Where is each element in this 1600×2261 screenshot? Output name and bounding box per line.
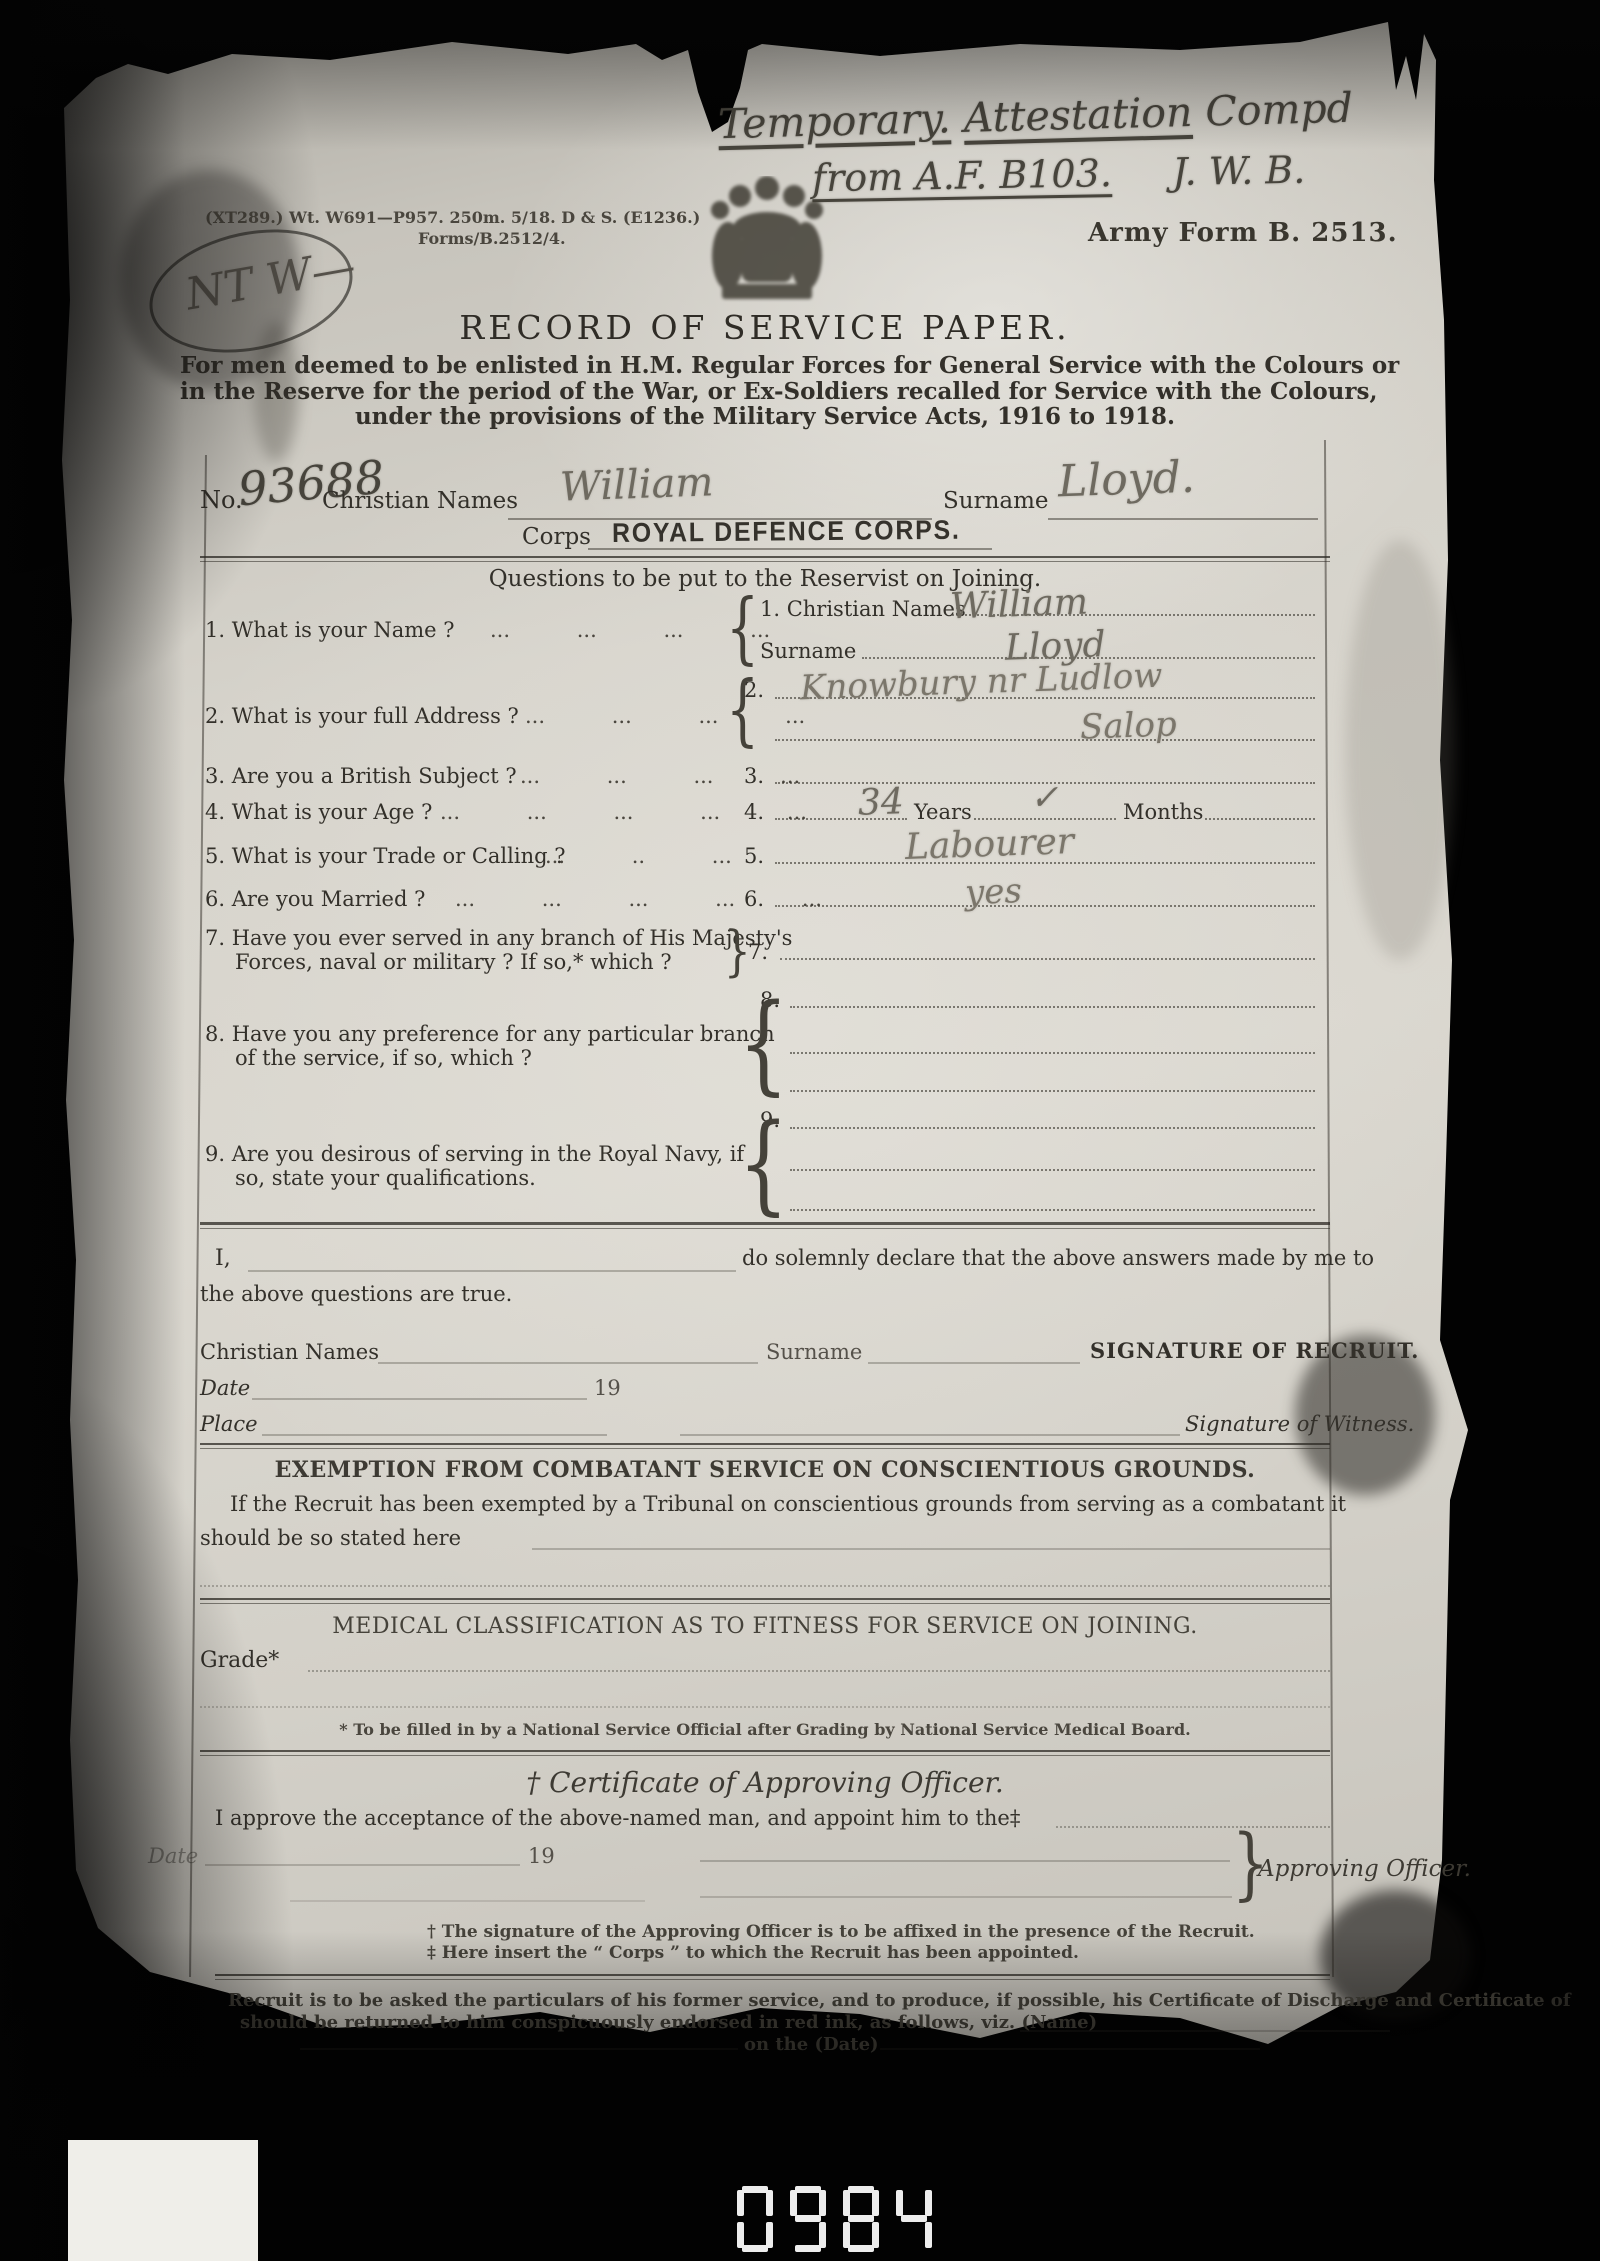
rule-below-certificate (215, 1974, 1330, 1980)
rule-below-exemption (200, 1598, 1330, 1604)
exemption-answer-line (532, 1548, 1330, 1550)
intro-line1: For men deemed to be enlisted in H.M. Re… (180, 352, 1350, 379)
declaration-i-label: I, (215, 1246, 231, 1271)
q6-answer-prefix: 6. (744, 887, 764, 911)
bottom-note-line1: Recruit is to be asked the particulars o… (228, 1990, 1571, 2011)
signature-of-recruit-label: SIGNATURE OF RECRUIT. (1090, 1338, 1419, 1363)
handwritten-top-annotation-line2: from A.F. B103. J. W. B. (812, 148, 1306, 201)
q1-answer1-handwritten: William (949, 582, 1088, 628)
exemption-blank-line (200, 1585, 1330, 1587)
q2-brace: { (726, 672, 759, 750)
no-label: No. (200, 486, 243, 514)
q1-label: 1. What is your Name ? (205, 618, 455, 642)
grade-line (308, 1670, 1330, 1672)
print-code-line2: Forms/B.2512/4. (418, 229, 566, 248)
q8-label-line2: of the service, if so, which ? (235, 1046, 532, 1070)
q9-label-line2: so, state your qualifications. (235, 1166, 536, 1190)
corps-stamp: ROYAL DEFENCE CORPS. (612, 515, 961, 549)
q4-months-label: Months (1123, 800, 1203, 824)
annotation-word: Temporary. (717, 94, 951, 148)
annotation-word: Compd (1205, 84, 1354, 136)
q6-leader-dots: ... ... ... ... ... (455, 887, 822, 911)
q2-leader-dots: ... ... ... ... (525, 704, 805, 728)
rule-below-corps (200, 556, 1330, 562)
q4-tick-handwritten: ✓ (1029, 778, 1059, 819)
declaration-text2: the above questions are true. (200, 1282, 512, 1306)
certificate-approve-line: I approve the acceptance of the above-na… (215, 1806, 1020, 1830)
scanned-document-page: Temporary. Attestation Compd from A.F. B… (0, 0, 1600, 2261)
q8-brace: { (738, 990, 789, 1098)
annotation-word: Attestation (963, 88, 1193, 142)
document-title: RECORD OF SERVICE PAPER. (400, 308, 1130, 347)
q8-dotline-2 (790, 1052, 1315, 1054)
corps-label: Corps (522, 524, 591, 550)
bottom-note-line2: should be returned to him conspicuously … (240, 2012, 1097, 2033)
rule-below-declaration (200, 1443, 1330, 1449)
q3-label: 3. Are you a British Subject ? (205, 764, 517, 788)
intro-line3: under the provisions of the Military Ser… (180, 403, 1350, 430)
medical-heading: MEDICAL CLASSIFICATION AS TO FITNESS FOR… (240, 1614, 1290, 1639)
medical-blank-line (200, 1706, 1330, 1708)
exemption-line2: should be so stated here (200, 1526, 461, 1550)
bottom-name-line (1020, 2030, 1390, 2032)
q9-dotline-1 (790, 1127, 1315, 1129)
q6-label: 6. Are you Married ? (205, 887, 425, 911)
q7-brace: } (724, 924, 751, 979)
blank-line-mid (700, 1896, 1232, 1898)
frame-digit (737, 2186, 773, 2252)
date-line (252, 1398, 587, 1400)
q8-label-line1: 8. Have you any preference for any parti… (205, 1022, 775, 1046)
q6-answer-dotline (775, 905, 1315, 907)
q7-answer-prefix: 7. (748, 940, 768, 964)
q4-age-handwritten: 34 (857, 781, 904, 824)
q9-dotline-2 (790, 1169, 1315, 1171)
declaration-christian-label: Christian Names (200, 1340, 379, 1364)
q9-label-line1: 9. Are you desirous of serving in the Ro… (205, 1142, 744, 1166)
q8-dotline-3 (790, 1090, 1315, 1092)
q2-answer2-dotline (775, 739, 1315, 741)
print-code-line1: (XT289.) Wt. W691—P957. 250m. 5/18. D & … (205, 208, 700, 227)
frame-digit (843, 2186, 879, 2252)
rule-below-questions (200, 1222, 1330, 1229)
blank-line-left (290, 1900, 645, 1902)
certificate-date-label: Date (148, 1844, 198, 1868)
army-form-number: Army Form B. 2513. (1088, 218, 1398, 248)
grade-label: Grade* (200, 1648, 279, 1673)
film-frame-number (737, 2186, 949, 2256)
q1-answer1-prefix: 1. Christian Names (760, 597, 966, 621)
surname-label: Surname (943, 488, 1049, 514)
declaration-text1: do solemnly declare that the above answe… (742, 1246, 1374, 1270)
approving-officer-label: Approving Officer. (1258, 1856, 1471, 1882)
q4-answer-prefix: 4. (744, 800, 764, 824)
certificate-date-line (205, 1864, 520, 1866)
signature-of-witness-label: Signature of Witness. (1185, 1412, 1414, 1436)
bottom-note-line3: on the (Date) (744, 2034, 879, 2055)
q6-married-handwritten: yes (964, 871, 1022, 913)
exemption-line1: If the Recruit has been exempted by a Tr… (230, 1492, 1346, 1516)
intro-line2: in the Reserve for the period of the War… (180, 378, 1350, 405)
q5-answer-prefix: 5. (744, 844, 764, 868)
declaration-christian-line (378, 1362, 758, 1364)
q8-dotline-1 (790, 1006, 1315, 1008)
annotation-initials: J. W. B. (1172, 148, 1306, 194)
q4-label: 4. What is your Age ? (205, 800, 432, 824)
q4-dotline-b (974, 818, 1116, 820)
q5-trade-handwritten: Labourer (904, 821, 1074, 868)
declaration-surname-line (868, 1362, 1080, 1364)
q7-label-line1: 7. Have you ever served in any branch of… (205, 926, 792, 950)
q5-leader-dots: ... .. ... (545, 844, 732, 868)
date-19: 19 (594, 1376, 621, 1400)
q4-years-label: Years (914, 800, 972, 824)
medical-footnote: * To be filled in by a National Service … (240, 1720, 1290, 1739)
q1-answer2-prefix: Surname (760, 639, 856, 663)
q2-label: 2. What is your full Address ? (205, 704, 519, 728)
christian-names-label: Christian Names (322, 488, 518, 514)
surname-line (1048, 518, 1318, 520)
q9-dotline-3 (790, 1209, 1315, 1211)
exemption-heading: EXEMPTION FROM COMBATANT SERVICE ON CONS… (240, 1457, 1290, 1483)
rule-below-medical (200, 1750, 1330, 1756)
certificate-footnote1: † The signature of the Approving Officer… (427, 1922, 1255, 1942)
frame-digit (790, 2186, 826, 2252)
certificate-heading: † Certificate of Approving Officer. (340, 1766, 1190, 1799)
film-white-rectangle (68, 2140, 258, 2261)
frame-digit (896, 2186, 932, 2252)
certificate-19: 19 (528, 1844, 555, 1868)
bottom-date-line-left (300, 2048, 738, 2050)
q4-dotline-c (1205, 818, 1315, 820)
declaration-name-line (248, 1270, 736, 1272)
date-label: Date (200, 1376, 250, 1400)
annotation-word: from A.F. B103. (812, 151, 1113, 200)
q7-label-line2: Forces, naval or military ? If so,* whic… (235, 950, 672, 974)
witness-line (680, 1434, 1180, 1436)
q9-brace: { (738, 1110, 789, 1218)
q3-answer-prefix: 3. (744, 764, 764, 788)
certificate-corps-line (1056, 1826, 1330, 1828)
q1-brace: { (726, 590, 759, 668)
royal-crest (700, 176, 834, 306)
bottom-date-line-right (880, 2048, 1260, 2050)
q2-answer2-handwritten: Salop (1079, 704, 1177, 747)
place-label: Place (200, 1412, 258, 1436)
declaration-surname-label: Surname (766, 1340, 862, 1364)
certificate-footnote2: ‡ Here insert the “ Corps ” to which the… (427, 1943, 1079, 1963)
q7-answer-dotline (780, 958, 1315, 960)
q5-label: 5. What is your Trade or Calling ? (205, 844, 565, 868)
christian-names-handwritten: William (559, 459, 714, 510)
place-line (262, 1434, 607, 1436)
certificate-signature-line (700, 1860, 1230, 1862)
surname-handwritten: Lloyd. (1057, 452, 1195, 508)
